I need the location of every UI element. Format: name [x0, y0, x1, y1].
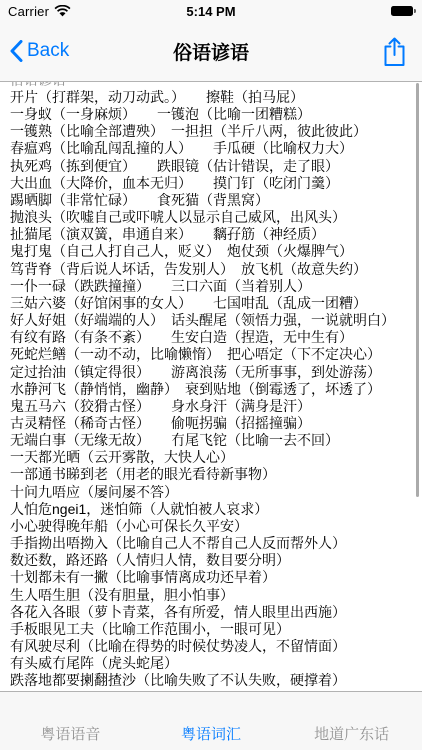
phrase-line: 一仆一碌（跌跌撞撞） 三口六面（当着别人）	[10, 278, 416, 295]
navigation-bar: Back 俗语谚语	[0, 22, 422, 80]
phrase-line: 生人唔生胆（没有胆量，胆小怕事）	[10, 587, 416, 604]
phrase-line: 各花入各眼（萝卜青菜，各有所爱，情人眼里出西施）	[10, 604, 416, 621]
phrase-line: 抛浪头（吹嘘自己或吓唬人以显示自己威风，出风头）	[10, 209, 416, 226]
top-chrome: Carrier 5:14 PM Back 俗语谚语	[0, 0, 422, 82]
back-button[interactable]: Back	[10, 40, 69, 62]
phrase-line: 无端白事（无缘无故） 冇尾飞铊（比喻一去不回）	[10, 432, 416, 449]
tab-yueyu-yuyin[interactable]: 粤语语音	[0, 692, 141, 750]
phrase-line: 十问九唔应（屡问屡不答）	[10, 484, 416, 501]
back-button-label: Back	[27, 40, 69, 62]
scrollbar-thumb[interactable]	[416, 83, 419, 497]
phrase-line: 一身蚁（一身麻烦） 一镬泡（比喻一团糟糕）	[10, 106, 416, 123]
phrase-line: 有纹有路（有条不紊） 生安白造（捏造，无中生有）	[10, 329, 416, 346]
phrase-line: 人怕危ngei1，迷怕筛（人就怕被人哀求）	[10, 501, 416, 518]
clipped-section-header-text: 俗语谚语	[10, 82, 416, 89]
phrase-line: 好人好姐（好端端的人） 话头醒尾（领悟力强，一说就明白）	[10, 312, 416, 329]
phrase-line: 有头威冇尾阵（虎头蛇尾）	[10, 655, 416, 672]
share-icon	[382, 36, 407, 67]
clipped-section-header: 俗语谚语	[10, 82, 416, 89]
tab-yueyu-cihui[interactable]: 粤语词汇	[141, 692, 282, 750]
phrase-line: 定过抬油（镇定得很） 游离浪荡（无所事事，到处游荡）	[10, 364, 416, 381]
status-bar: Carrier 5:14 PM	[0, 0, 422, 22]
phrase-line: 十划都未有一撇（比喻事情离成功还早着）	[10, 569, 416, 586]
phrase-line: 一部通书睇到老（用老的眼光看待新事物）	[10, 466, 416, 483]
phrase-list-scrollview[interactable]: 俗语谚语 开片（打群架，动刀动武。） 擦鞋（拍马屁）一身蚁（一身麻烦） 一镬泡（…	[0, 82, 422, 691]
phrase-line: 鬼五马六（狡猾古怪） 身水身汗（满身是汗）	[10, 398, 416, 415]
battery-icon	[391, 6, 416, 16]
tab-bar: 粤语语音粤语词汇地道广东话	[0, 691, 422, 750]
phrase-line: 笃背脊（背后说人坏话，告发别人） 放飞机（故意失约）	[10, 261, 416, 278]
phrase-line: 水静河飞（静悄悄，幽静） 衰到贴地（倒霉透了，坏透了）	[10, 381, 416, 398]
phrase-line: 一镬熟（比喻全部遭殃） 一担担（半斤八两，彼此彼此）	[10, 123, 416, 140]
phrase-line: 手板眼见工夫（比喻工作范围小，一眼可见）	[10, 621, 416, 638]
phrase-line: 一天都光晒（云开雾散，大快人心）	[10, 449, 416, 466]
phrase-line: 执死鸡（拣到便宜） 跌眼镜（估计错误，走了眼）	[10, 158, 416, 175]
phrase-line: 开片（打群架，动刀动武。） 擦鞋（拍马屁）	[10, 89, 416, 106]
tab-label: 粤语语音	[40, 723, 100, 744]
phrase-line: 扯猫尾（演双簧，串通自来） 黐孖筋（神经质）	[10, 226, 416, 243]
phrase-line: 小心驶得晚年船（小心可保长久平安）	[10, 518, 416, 535]
phrase-line: 死蛇烂鳝（一动不动，比喻懒惰） 把心唔定（下不定决心）	[10, 346, 416, 363]
phrase-line: 春瘟鸡（比喻乱闯乱撞的人） 手瓜硬（比喻权力大）	[10, 140, 416, 157]
phrase-line: 跌落地都要揦翻揸沙（比喻失败了不认失败，硬撑着）	[10, 672, 416, 689]
phrase-line: 手指拗出唔拗入（比喻自己人不帮自己人反而帮外人）	[10, 535, 416, 552]
phrase-line: 三姑六婆（好馆闲事的女人） 七国咁乱（乱成一团糟）	[10, 295, 416, 312]
phrase-line: 踢晒脚（非常忙碌） 食死猫（背黑窝）	[10, 192, 416, 209]
tab-didao-guangdonghua[interactable]: 地道广东话	[281, 692, 422, 750]
phrase-line: 鬼打鬼（自己人打自己人，贬义） 炮仗颈（火爆脾气）	[10, 243, 416, 260]
chevron-left-icon	[10, 40, 23, 62]
phrase-line: 大出血（大降价，血本无归） 摸门钉（吃闭门羹）	[10, 175, 416, 192]
status-time: 5:14 PM	[0, 0, 422, 22]
tab-label: 地道广东话	[314, 723, 389, 744]
tab-label: 粤语词汇	[181, 723, 241, 744]
phrase-list: 开片（打群架，动刀动武。） 擦鞋（拍马屁）一身蚁（一身麻烦） 一镬泡（比喻一团糟…	[10, 89, 416, 689]
phrase-line: 古灵精怪（稀奇古怪） 偷呃拐骗（招摇撞骗）	[10, 415, 416, 432]
share-button[interactable]	[382, 36, 407, 67]
phrase-line: 数还数，路还路（人情归人情，数目要分明）	[10, 552, 416, 569]
phrase-line: 有风驶尽利（比喻在得势的时候仗势凌人，不留情面）	[10, 638, 416, 655]
